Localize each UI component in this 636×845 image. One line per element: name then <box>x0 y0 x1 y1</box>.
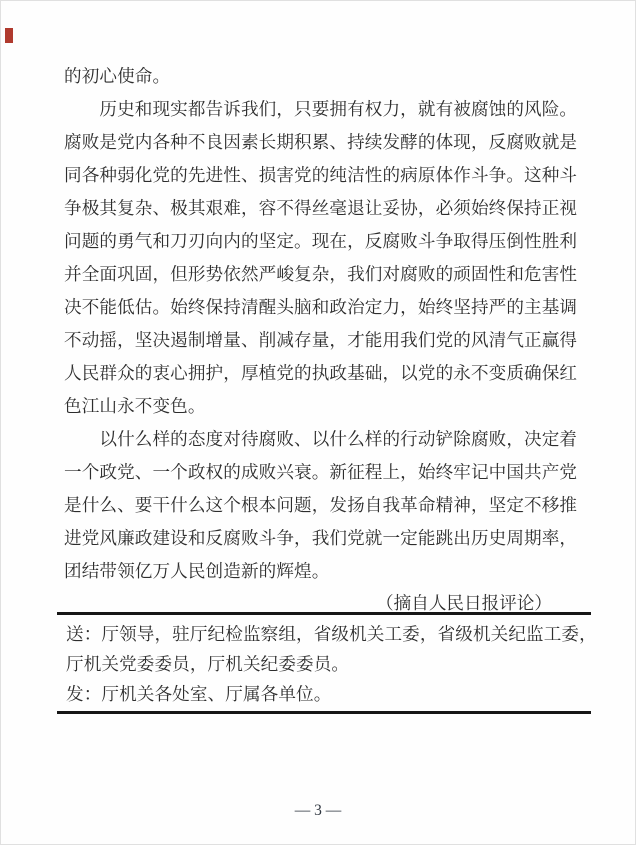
body-text-line: 人民群众的衷心拥护，厚植党的执政基础，以党的永不变质确保红 <box>64 357 578 390</box>
body-text-line: 的初心使命。 <box>64 60 578 93</box>
body-text-line: 是什么、要干什么这个根本问题，发扬自我革命精神，坚定不移推 <box>64 489 578 522</box>
body-text-line: 团结带领亿万人民创造新的辉煌。 <box>64 555 578 588</box>
body-text-line: 同各种弱化党的先进性、损害党的纯洁性的病原体作斗争。这种斗 <box>64 159 578 192</box>
body-text-line: 以什么样的态度对待腐败、以什么样的行动铲除腐败，决定着 <box>64 423 578 456</box>
body-text-line: 问题的勇气和刀刃向内的坚定。现在，反腐败斗争取得压倒性胜利 <box>64 225 578 258</box>
distribution-line: 厅机关党委委员，厅机关纪委委员。 <box>57 649 591 679</box>
body-text-line: 色江山永不变色。 <box>64 390 578 423</box>
body-text-line: 一个政党、一个政权的成败兴衰。新征程上，始终牢记中国共产党 <box>64 456 578 489</box>
body-text-line: 进党风廉政建设和反腐败斗争，我们党就一定能跳出历史周期率， <box>64 522 578 555</box>
document-body: 的初心使命。 历史和现实都告诉我们，只要拥有权力，就有被腐蚀的风险。腐败是党内各… <box>64 60 578 588</box>
distribution-line: 发：厅机关各处室、厅属各单位。 <box>57 679 591 709</box>
body-text-line: 决不能低估。始终保持清醒头脑和政治定力，始终坚持严的主基调 <box>64 291 578 324</box>
red-corner-mark <box>5 28 13 43</box>
body-text-line: 争极其复杂、极其艰难，容不得丝毫退让妥协，必须始终保持正视 <box>64 192 578 225</box>
body-text-line: 历史和现实都告诉我们，只要拥有权力，就有被腐蚀的风险。 <box>64 93 578 126</box>
body-text-line: 腐败是党内各种不良因素长期积累、持续发酵的体现，反腐败就是 <box>64 126 578 159</box>
page-number: — 3 — <box>0 800 636 822</box>
distribution-line: 送：厅领导，驻厅纪检监察组，省级机关工委，省级机关纪监工委， <box>57 619 591 649</box>
body-text-line: 不动摇，坚决遏制增量、削减存量，才能用我们党的风清气正赢得 <box>64 324 578 357</box>
document-page: 的初心使命。 历史和现实都告诉我们，只要拥有权力，就有被腐蚀的风险。腐败是党内各… <box>0 0 636 845</box>
distribution-block: 送：厅领导，驻厅纪检监察组，省级机关工委，省级机关纪监工委，厅机关党委委员，厅机… <box>57 612 591 714</box>
body-text-line: 并全面巩固，但形势依然严峻复杂，我们对腐败的顽固性和危害性 <box>64 258 578 291</box>
